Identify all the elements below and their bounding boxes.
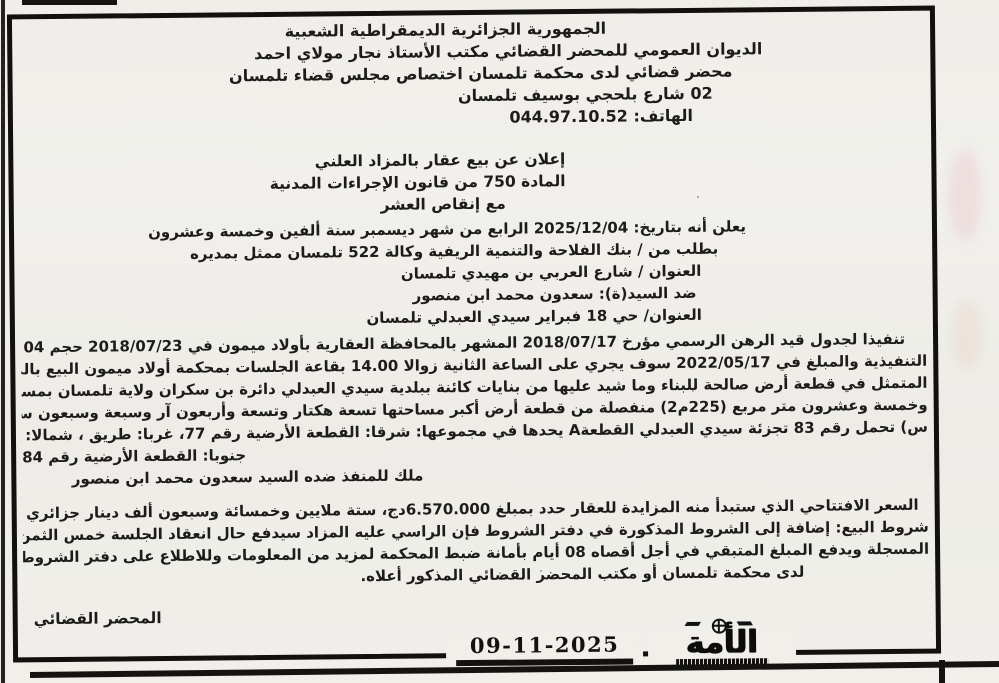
notice-frame: الجمهورية الجزائرية الديمقراطية الشعبية … bbox=[7, 6, 941, 663]
notice-intro: يعلن أنه بتاريخ: 2025/12/04 الرابع من شه… bbox=[20, 214, 927, 333]
price-and-terms: السعر الافتتاحي الذي ستبدأ منه المزايدة … bbox=[23, 494, 930, 591]
letterhead: الجمهورية الجزائرية الديمقراطية الشعبية … bbox=[18, 15, 925, 134]
scan-top-line-fragment bbox=[22, 0, 117, 5]
scan-fleck bbox=[697, 196, 699, 198]
notice-content: الجمهورية الجزائرية الديمقراطية الشعبية … bbox=[12, 11, 936, 658]
notice-title: إعلان عن بيع عقار بالمزاد العلني المادة … bbox=[19, 145, 926, 220]
scan-edge-line bbox=[1, 0, 5, 683]
scan-fleck bbox=[183, 410, 185, 412]
scan-smudge bbox=[948, 150, 982, 240]
scan-fleck bbox=[692, 390, 694, 392]
notice-body: تنفيذا لجدول قيد الرهن الرسمي مؤرخ 2018/… bbox=[21, 328, 928, 491]
alumma-newspaper-logo: الأمة bbox=[656, 627, 788, 666]
scanned-newspaper-notice: الجمهورية الجزائرية الديمقراطية الشعبية … bbox=[0, 0, 999, 683]
publication-date: 09-11-2025 bbox=[456, 631, 634, 666]
scan-fleck bbox=[540, 570, 542, 572]
logo-flourish bbox=[737, 621, 753, 625]
globe-icon bbox=[712, 619, 727, 634]
bailiff-signature: المحضر القضائي bbox=[24, 600, 930, 631]
logo-flourish bbox=[685, 622, 701, 626]
scan-fleck bbox=[610, 648, 612, 650]
next-cell-border-stub bbox=[939, 660, 945, 683]
scan-smudge bbox=[952, 300, 982, 370]
